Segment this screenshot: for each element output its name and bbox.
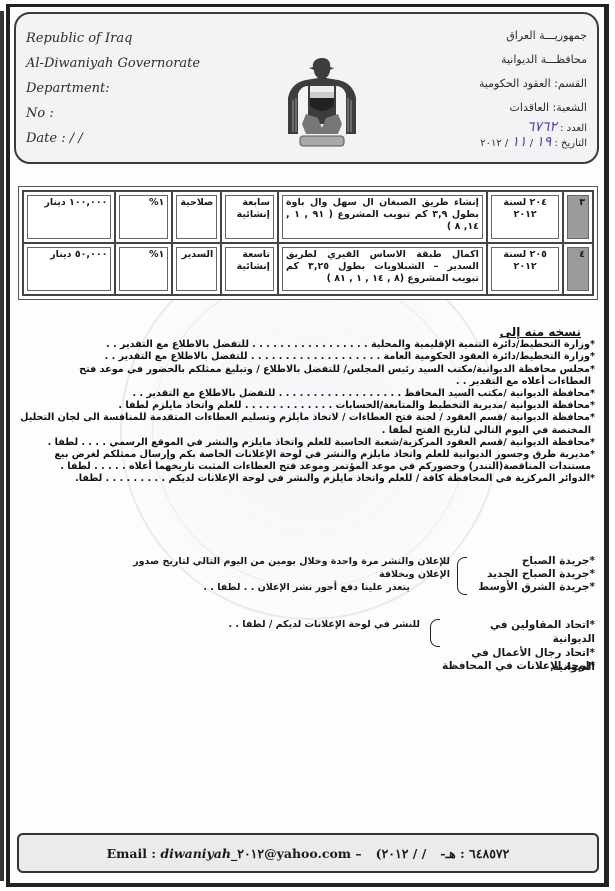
footer-phone: -٦٤٨٥٧٢ : هـ: [440, 846, 509, 861]
authority: صلاحية: [176, 195, 217, 239]
percentage: ١%: [119, 247, 168, 291]
country-en: Republic of Iraq: [26, 26, 246, 51]
tender-ref: ٢٠٥ لسنة ٢٠١٢: [491, 247, 559, 291]
copy-recipient: *وزارة التخطيط/دائرة العقود الحكومية الع…: [25, 351, 595, 363]
table-row: ٤ ٢٠٥ لسنة ٢٠١٢ اكمال طبقة الاساس القيري…: [23, 243, 593, 295]
footer-contact: Email : diwaniyah_ ٢٠١٢ @yahoo.com – (٢٠…: [17, 833, 599, 873]
brace-icon: [430, 619, 440, 647]
copy-recipient: *محافظة الديوانية /مكتب السيد المحافظ . …: [25, 388, 595, 400]
copy-recipient: *محافظة الديوانية /قسم العقود المركزية/ش…: [25, 437, 595, 449]
table-row: ٣ ٢٠٤ لسنة ٢٠١٢ إنشاء طريق الصبغان ال سه…: [23, 191, 593, 243]
document-price: ٥٠,٠٠٠ دينار: [27, 247, 111, 291]
copy-recipient: *محافظة الديوانية /قسم العقود / لجنة فتح…: [25, 412, 595, 424]
projects-table: ٣ ٢٠٤ لسنة ٢٠١٢ إنشاء طريق الصبغان ال سه…: [18, 186, 598, 300]
row-number: ٤: [567, 247, 589, 291]
brace-icon: [457, 557, 467, 595]
newspaper-item: *جريدة الصباح الجديد: [475, 568, 595, 581]
contractor-category: سابعة إنشائية: [225, 195, 274, 239]
row-number: ٣: [567, 195, 589, 239]
email-domain: @yahoo.com –: [264, 846, 362, 861]
contractor-category: تاسعة إنشائية: [225, 247, 274, 291]
letterhead: Republic of Iraq Al-Diwaniyah Governorat…: [14, 12, 599, 164]
footer-date: (٢٠١٢ / /: [376, 846, 427, 861]
percentage: ١%: [119, 195, 168, 239]
number-value-ar: ٦٧٦٢: [527, 119, 557, 135]
copy-recipient: *وزارة التخطيط/دائرة التنمية الإقليمية و…: [25, 339, 595, 351]
number-field-ar: العدد : ٦٧٦٢: [387, 120, 587, 135]
copies-title: نسخه منه إلى: [25, 326, 581, 338]
date-month-ar: ١١: [511, 134, 526, 150]
email-number: ٢٠١٢: [237, 846, 264, 861]
letterhead-arabic: جمهوريـــة العراق محافظـــة الديوانية ال…: [387, 24, 587, 150]
newspaper-item: *جريدة الصباح: [475, 555, 595, 568]
notice-board-recipient: *لوحة الإعلانات في المحافظة: [442, 660, 595, 672]
date-label-en: Date : / /: [26, 126, 246, 151]
copy-recipient-cont: مستندات المناقصة(التندر) وحضوركم في موعد…: [25, 461, 595, 473]
department-label-en: Department:: [26, 76, 246, 101]
number-label-en: No :: [26, 101, 246, 126]
copy-recipient: *مديرية طرق وجسور الديوانية للعلم واتخاذ…: [25, 449, 595, 461]
email-user: diwaniyah_: [160, 846, 237, 861]
authority: السدير: [176, 247, 217, 291]
governorate-en: Al-Diwaniyah Governorate: [26, 51, 246, 76]
tender-ref: ٢٠٤ لسنة ٢٠١٢: [491, 195, 559, 239]
union-note: للنشر في لوحة الإعلانات لديكم / لطفا . .: [170, 619, 420, 630]
number-label-ar: العدد :: [560, 123, 587, 134]
letterhead-english: Republic of Iraq Al-Diwaniyah Governorat…: [26, 26, 246, 151]
newspaper-note: للإعلان والنشر مرة واحدة وخلال يومين من …: [110, 555, 450, 594]
project-description: اكمال طبقة الاساس القيري لطريق السدير – …: [282, 247, 483, 291]
department-ar: القسم: العقود الحكومية: [387, 72, 587, 96]
date-year-ar: ٢٠١٢: [480, 138, 501, 149]
project-description: إنشاء طريق الصبغان ال سهل وال باوة بطول …: [282, 195, 483, 239]
copy-recipient-cont: العطاءات أعلاه مع التقدير . .: [25, 376, 595, 388]
copy-recipient: *الدوائر المركزية في المحافظة كافة / للع…: [25, 473, 595, 485]
iraq-eagle-emblem-icon: [276, 54, 368, 154]
copy-recipient-cont: المختصة في اليوم التالي لتاريخ الفتح لطف…: [25, 425, 595, 437]
union-item: *اتحاد المقاولين في الديوانية: [445, 618, 595, 646]
section-ar: الشعبة: العاقدات: [387, 96, 587, 120]
date-day-ar: ١٩: [536, 134, 551, 150]
copy-recipient: *محافظة الديوانية /مديرية التخطيط والمتا…: [25, 400, 595, 412]
date-field-ar: التاريخ : ١٩ / ١١ / ٢٠١٢: [387, 135, 587, 150]
governorate-ar: محافظـــة الديوانية: [387, 48, 587, 72]
document-price: ١٠٠,٠٠٠ دينار: [27, 195, 111, 239]
date-label-ar: التاريخ :: [554, 138, 587, 149]
newspaper-list: *جريدة الصباح *جريدة الصباح الجديد *جريد…: [475, 555, 595, 594]
newspaper-note-line: للإعلان والنشر مرة واحدة وخلال يومين من …: [110, 555, 450, 581]
newspaper-item: *جريدة الشرق الأوسط: [475, 581, 595, 594]
copy-recipient: *مجلس محافظة الديوانية/مكتب السيد رئيس ا…: [25, 364, 595, 376]
country-ar: جمهوريـــة العراق: [387, 24, 587, 48]
newspaper-note-line: يتعذر علينا دفع أجور نشر الإعلان . . لطف…: [110, 581, 450, 594]
email-label: Email :: [107, 846, 156, 861]
copies-to-list: نسخه منه إلى *وزارة التخطيط/دائرة التنمي…: [25, 326, 595, 486]
